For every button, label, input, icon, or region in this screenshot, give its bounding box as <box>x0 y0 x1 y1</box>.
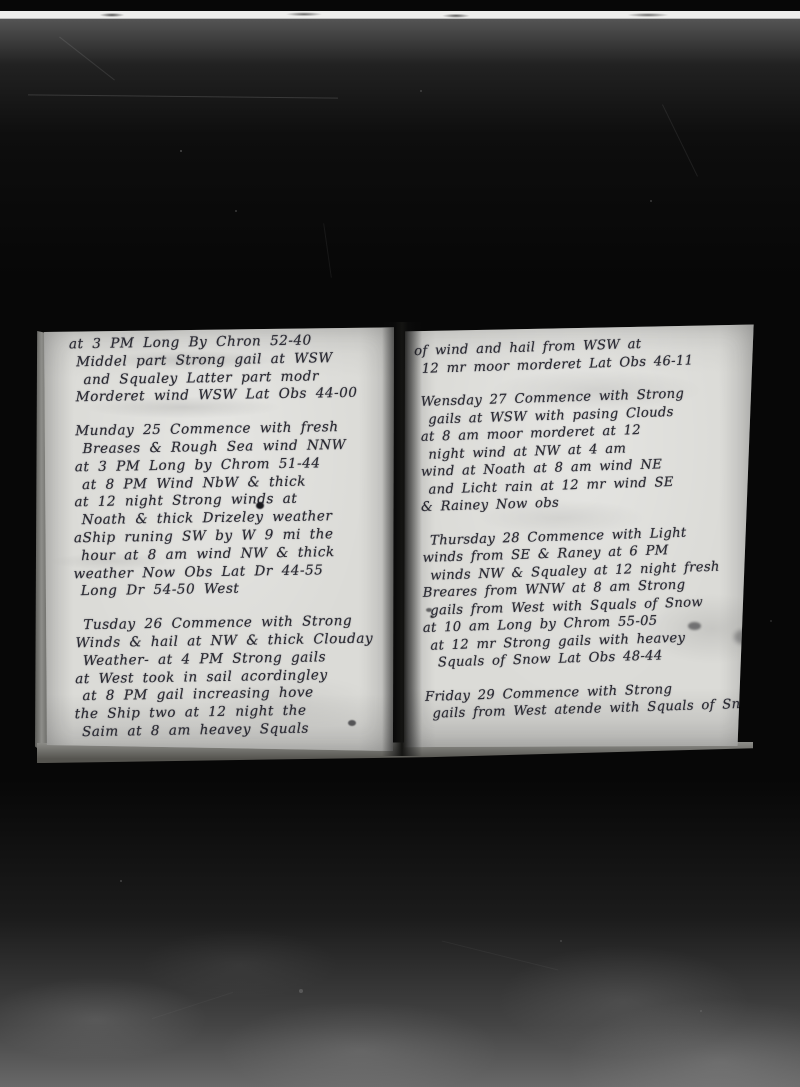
manuscript-line: Saim at 8 am heavey Squals <box>82 719 387 742</box>
scratch-mark <box>152 992 233 1019</box>
log-entry: Munday 25 Commence with freshBreases & R… <box>70 419 385 602</box>
photograph: at 3 PM Long By Chron 52-40Middel part S… <box>0 0 800 1087</box>
dust-specks <box>180 150 182 152</box>
manuscript-line: Morderet wind WSW Lat Obs 44-00 <box>76 385 382 408</box>
log-entry: Thursday 28 Commence with Lightwinds fro… <box>420 522 752 672</box>
scratch-mark <box>442 940 559 970</box>
right-page: of wind and hail from WSW at12 mr moor m… <box>404 322 754 748</box>
scratch-mark <box>662 104 698 176</box>
left-page: at 3 PM Long By Chron 52-40Middel part S… <box>42 326 394 754</box>
scratch-mark <box>28 94 338 98</box>
film-edge-strip <box>0 11 800 19</box>
right-page-text: of wind and hail from WSW at12 mr moor m… <box>397 317 760 754</box>
left-page-text: at 3 PM Long By Chron 52-40Middel part S… <box>39 323 398 756</box>
log-entry: Tusday 26 Commence with StrongWinds & ha… <box>73 613 387 742</box>
photo-texture <box>0 780 800 1087</box>
photo-top-glow <box>0 18 800 278</box>
scratch-mark <box>59 37 115 81</box>
log-entry: at 3 PM Long By Chron 52-40Middel part S… <box>69 331 382 407</box>
scratch-mark <box>323 223 332 278</box>
log-entry: Friday 29 Commence with Stronggails from… <box>425 678 754 723</box>
manuscript-line: Long Dr 54-50 West <box>81 579 385 602</box>
log-entry: Wensday 27 Commence with Stronggails at … <box>415 384 747 517</box>
log-entry: of wind and hail from WSW at12 mr moor m… <box>414 333 743 378</box>
